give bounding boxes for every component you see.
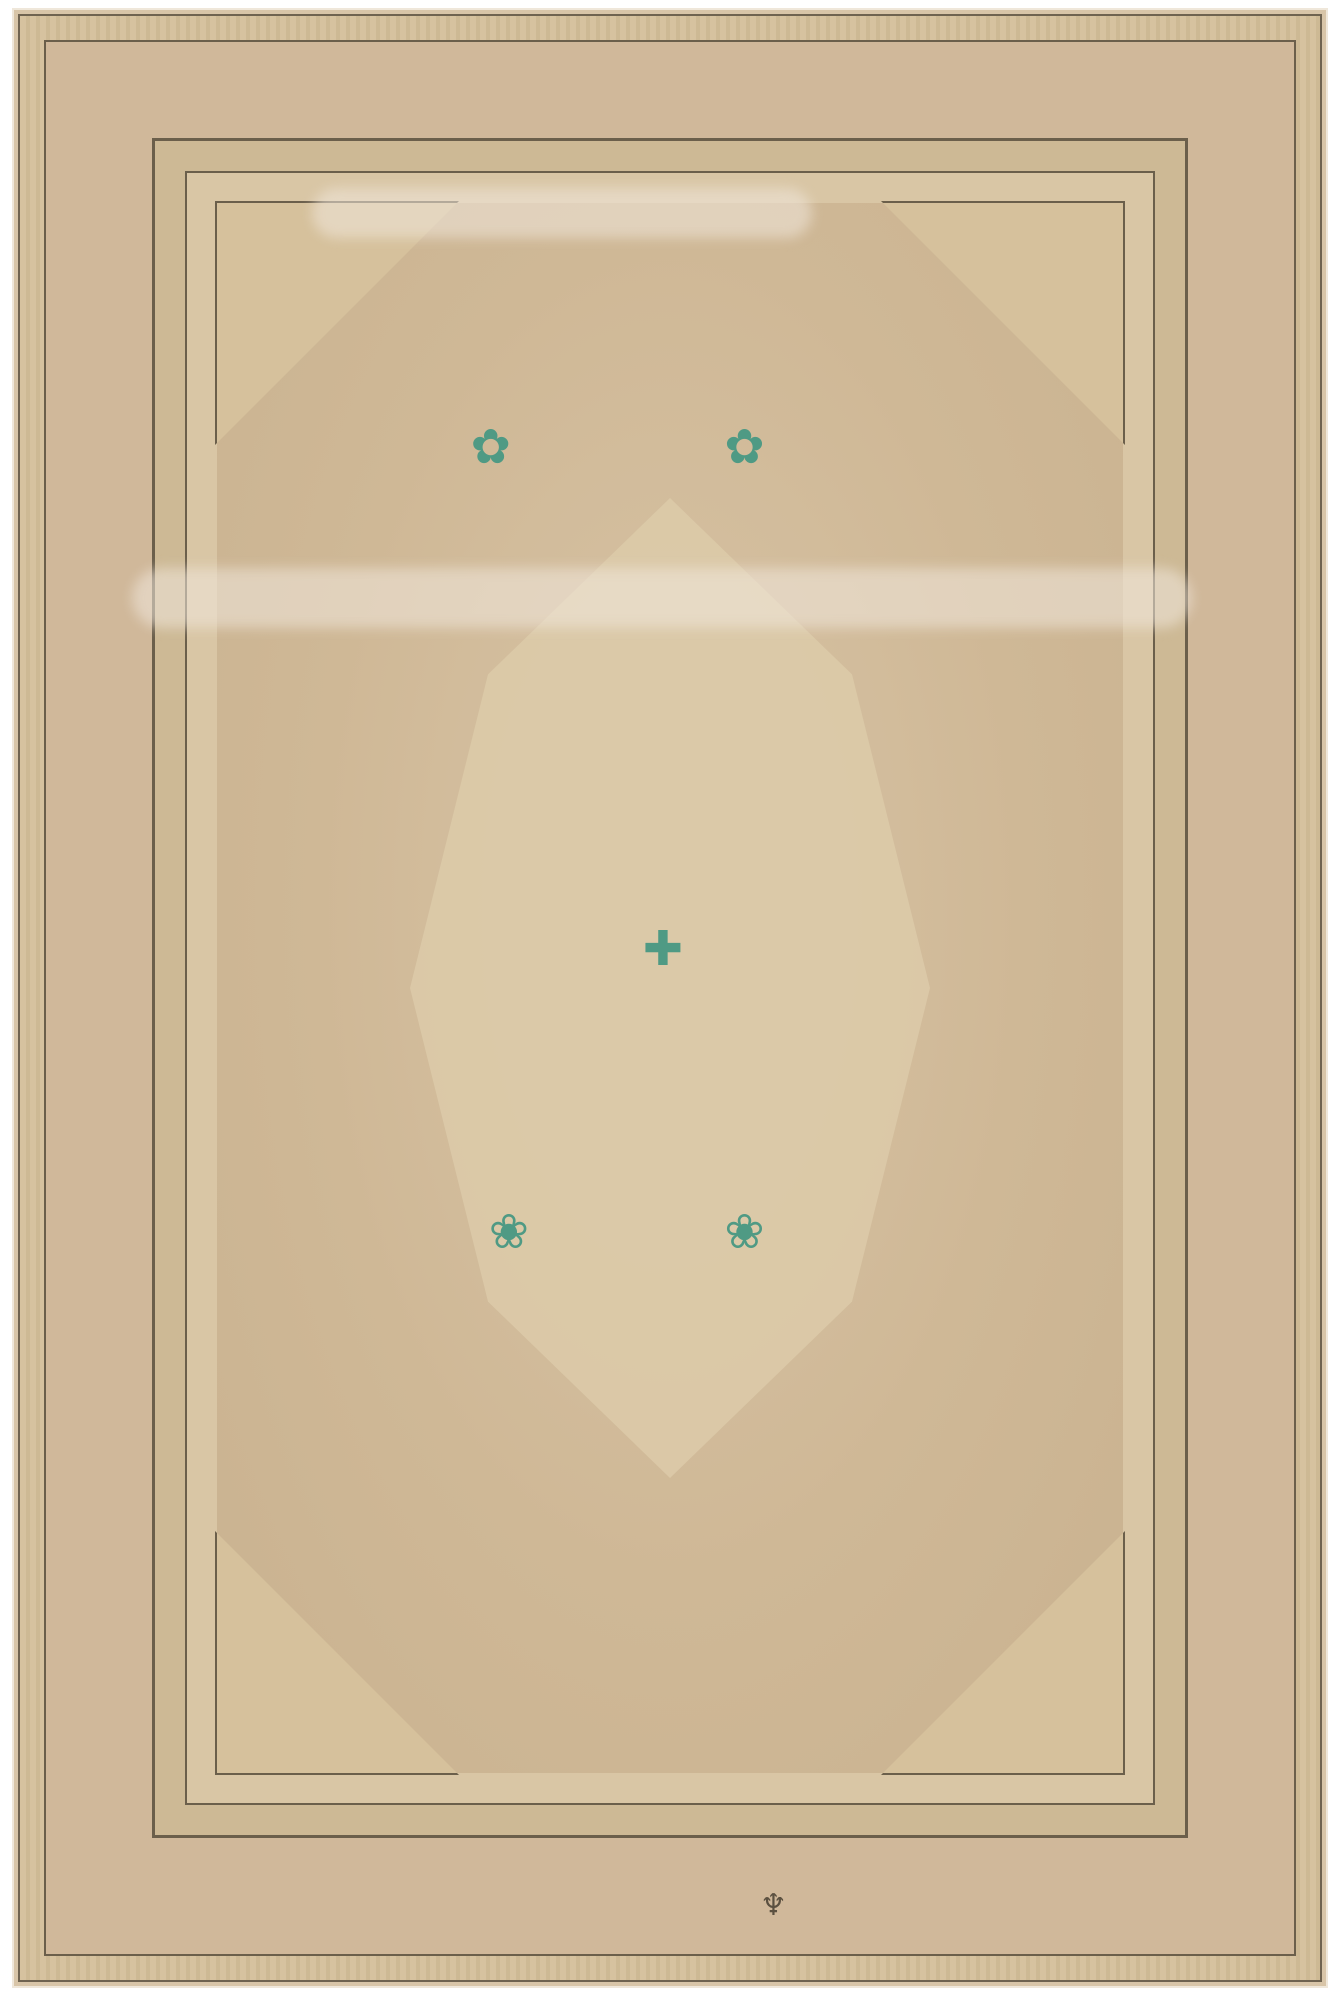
corner-spandrel-bottom-right [881,1531,1125,1775]
wear-patch [312,188,812,238]
main-border: ✚ ✿ ✿ ❀ ❀ [152,138,1188,1838]
corner-spandrel-bottom-left [215,1531,459,1775]
teal-floral-motif-lower-left: ❀ [489,1208,529,1256]
inner-guard-border: ✚ ✿ ✿ ❀ ❀ [185,171,1155,1805]
bottom-pendant-motif: ♆ [760,1888,787,1923]
teal-floral-motif-upper-left: ✿ [471,423,511,471]
teal-floral-motif-upper-right: ✿ [724,423,764,471]
corner-spandrel-top-right [881,201,1125,445]
teal-cross-motif: ✚ [643,925,683,973]
rug-field: ✚ ✿ ✿ ❀ ❀ [217,203,1123,1773]
rug: ✚ ✿ ✿ ❀ ❀ ♆ [12,8,1328,1988]
wear-streak [132,568,1192,628]
teal-floral-motif-lower-right: ❀ [724,1208,764,1256]
central-medallion [410,498,930,1478]
